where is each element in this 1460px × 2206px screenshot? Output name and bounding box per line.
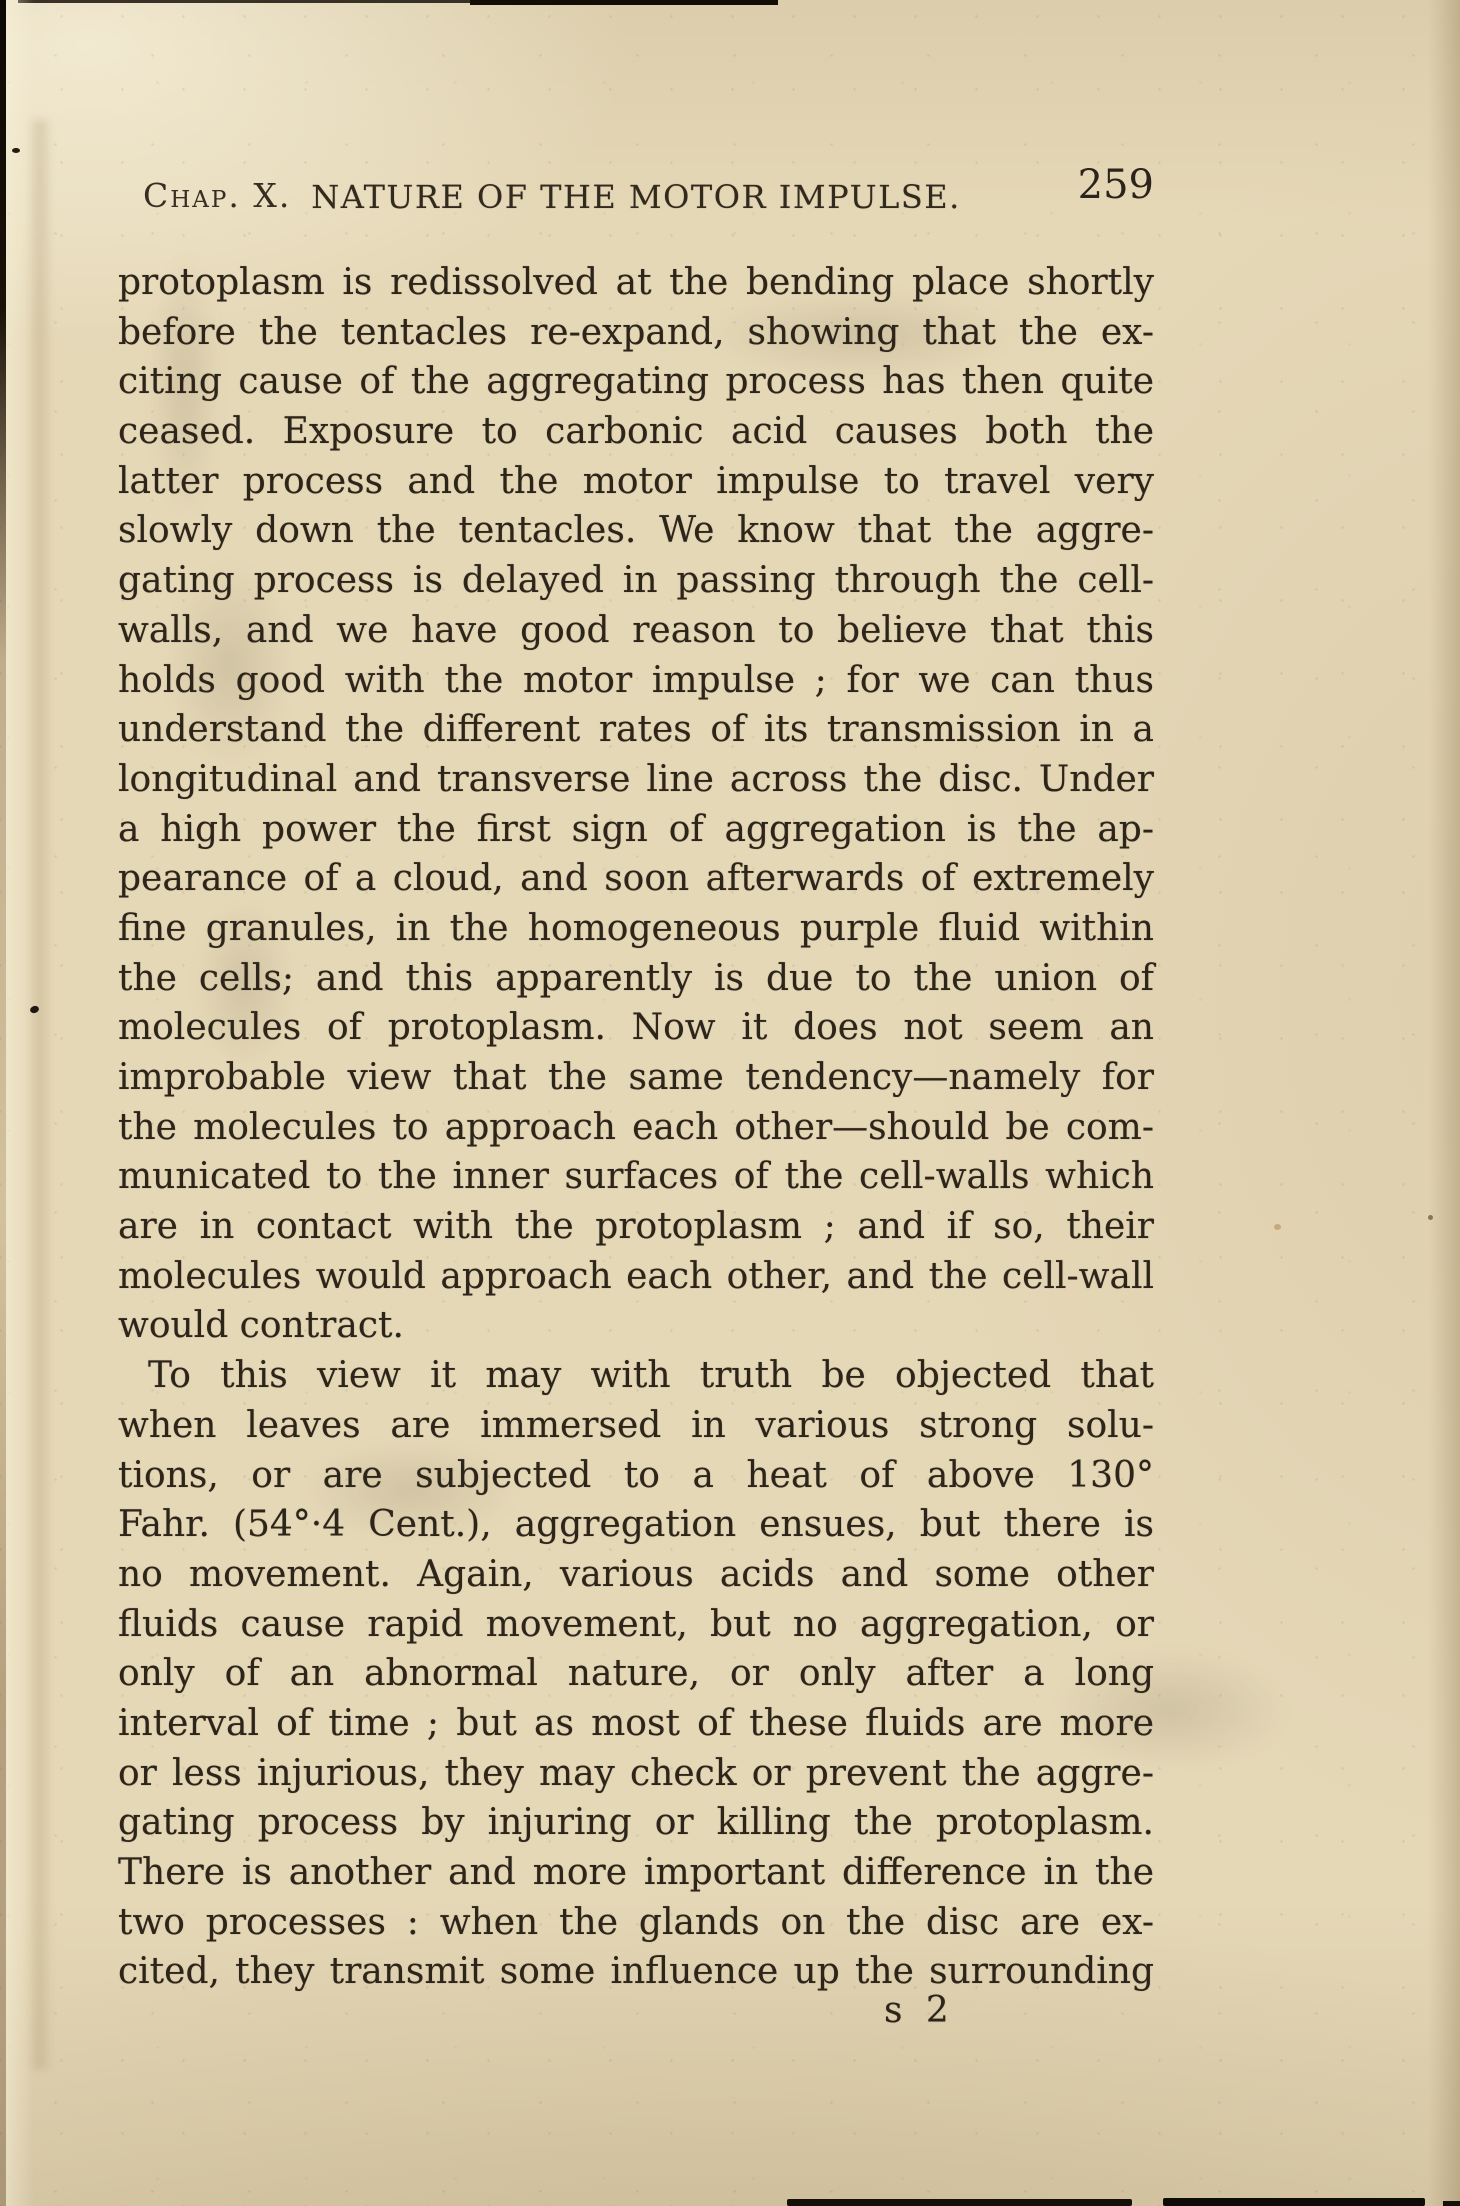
scan-edge-right-shadow	[1428, 0, 1460, 2206]
text-line: fluids cause rapid movement, but no aggr…	[118, 1600, 1154, 1650]
text-line: understand the different rates of its tr…	[118, 705, 1154, 755]
text-line: no movement. Again, various acids and so…	[118, 1550, 1154, 1600]
scan-edge-top	[18, 0, 470, 3]
text-line: ceased. Exposure to carbonic acid causes…	[118, 407, 1154, 457]
text-line: would contract.	[118, 1301, 1154, 1351]
page-gutter-crease	[28, 120, 52, 2070]
text-line: holds good with the motor impulse ; for …	[118, 656, 1154, 706]
text-line: molecules would approach each other, and…	[118, 1252, 1154, 1302]
text-line: To this view it may with truth be object…	[118, 1351, 1154, 1401]
ink-speck	[12, 148, 20, 153]
text-line: tions, or are subjected to a heat of abo…	[118, 1451, 1154, 1501]
text-line: citing cause of the aggregating process …	[118, 357, 1154, 407]
text-line: a high power the first sign of aggregati…	[118, 805, 1154, 855]
text-line: cited, they transmit some influence up t…	[118, 1947, 1154, 1997]
text-line: two processes : when the glands on the d…	[118, 1898, 1154, 1948]
text-line: municated to the inner surfaces of the c…	[118, 1152, 1154, 1202]
text-line: molecules of protoplasm. Now it does not…	[118, 1003, 1154, 1053]
text-line: walls, and we have good reason to believ…	[118, 606, 1154, 656]
text-line: or less injurious, they may check or pre…	[118, 1749, 1154, 1799]
scan-edge-top	[470, 0, 778, 5]
text-line: the molecules to approach each other—sho…	[118, 1103, 1154, 1153]
scan-edge-bottom	[787, 2199, 1132, 2206]
stain-speck	[1274, 1224, 1281, 1230]
scan-edge-bottom	[1163, 2198, 1425, 2206]
text-line: latter process and the motor impulse to …	[118, 457, 1154, 507]
text-line: Fahr. (54°·4 Cent.), aggregation ensues,…	[118, 1500, 1154, 1550]
text-line: when leaves are immersed in various stro…	[118, 1401, 1154, 1451]
text-line: fine granules, in the homogeneous purple…	[118, 904, 1154, 954]
book-page: Chap. X. NATURE OF THE MOTOR IMPULSE. 25…	[0, 0, 1460, 2206]
text-line: gating process is delayed in passing thr…	[118, 556, 1154, 606]
text-line: gating process by injuring or killing th…	[118, 1798, 1154, 1848]
text-line: longitudinal and transverse line across …	[118, 755, 1154, 805]
text-line: pearance of a cloud, and soon afterwards…	[118, 854, 1154, 904]
text-line: interval of time ; but as most of these …	[118, 1699, 1154, 1749]
signature-mark: s 2	[884, 1990, 955, 2031]
text-line: are in contact with the protoplasm ; and…	[118, 1202, 1154, 1252]
text-line: only of an abnormal nature, or only afte…	[118, 1649, 1154, 1699]
text-line: protoplasm is redissolved at the bending…	[118, 258, 1154, 308]
page-number: 259	[118, 162, 1154, 208]
body-text: protoplasm is redissolved at the bending…	[118, 258, 1154, 1997]
ink-speck	[1428, 1215, 1433, 1220]
text-line: There is another and more important diff…	[118, 1848, 1154, 1898]
scan-edge-bottom	[1443, 2201, 1460, 2206]
text-line: the cells; and this apparently is due to…	[118, 954, 1154, 1004]
text-line: before the tentacles re-expand, showing …	[118, 308, 1154, 358]
text-line: improbable view that the same tendency—n…	[118, 1053, 1154, 1103]
text-line: slowly down the tentacles. We know that …	[118, 506, 1154, 556]
